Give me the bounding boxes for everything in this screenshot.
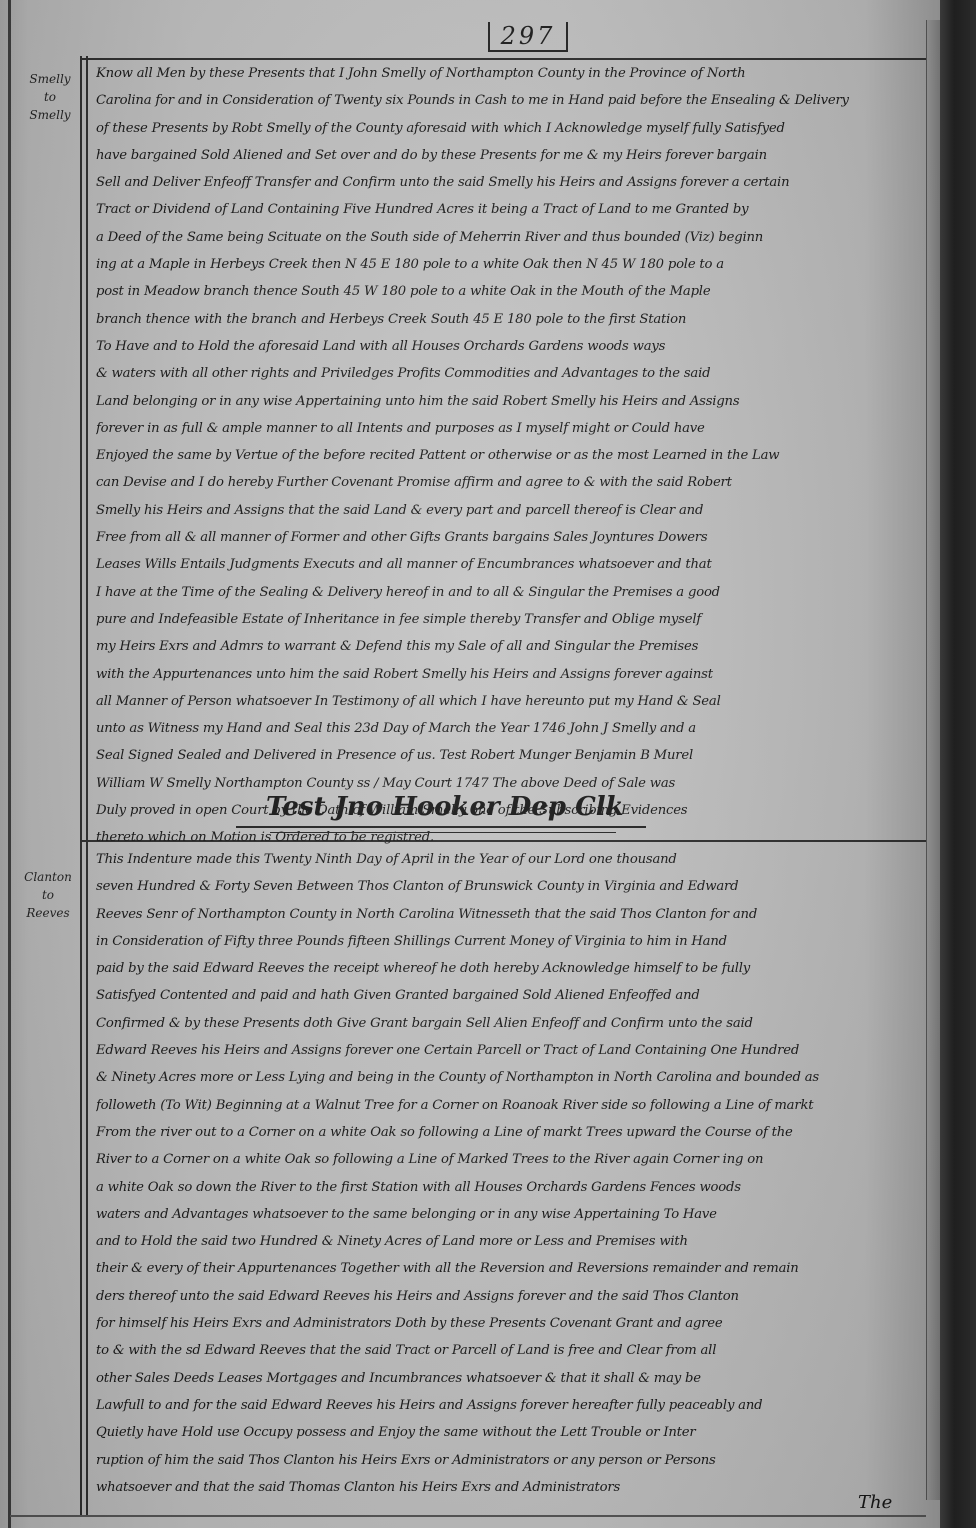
deed-book-page: 297 Smelly to Smelly Know all Men by the… (0, 0, 940, 1528)
deed-2-body: This Indenture made this Twenty Ninth Da… (96, 846, 922, 1501)
deed-line: Carolina for and in Consideration of Twe… (96, 87, 922, 114)
deed-line: ders thereof unto the said Edward Reeves… (96, 1283, 922, 1310)
margin-note-line: to (22, 88, 78, 106)
deed-line: other Sales Deeds Leases Mortgages and I… (96, 1365, 922, 1392)
deed-line: ruption of him the said Thos Clanton his… (96, 1447, 922, 1474)
deed-line: pure and Indefeasible Estate of Inherita… (96, 606, 922, 633)
deed-line: Confirmed & by these Presents doth Give … (96, 1010, 922, 1037)
deed-line: whatsoever and that the said Thomas Clan… (96, 1474, 922, 1501)
deed-line: have bargained Sold Aliened and Set over… (96, 142, 922, 169)
deed-line: Tract or Dividend of Land Containing Fiv… (96, 196, 922, 223)
deed-line: Free from all & all manner of Former and… (96, 524, 922, 551)
deed-line: forever in as full & ample manner to all… (96, 415, 922, 442)
deed-line: seven Hundred & Forty Seven Between Thos… (96, 873, 922, 900)
deed-line: River to a Corner on a white Oak so foll… (96, 1146, 922, 1173)
margin-note-line: Reeves (20, 904, 76, 922)
deed-line: Land belonging or in any wise Appertaini… (96, 388, 922, 415)
deed-line: Leases Wills Entails Judgments Executs a… (96, 551, 922, 578)
deed-line: with the Appurtenances unto him the said… (96, 661, 922, 688)
deed-line: post in Meadow branch thence South 45 W … (96, 278, 922, 305)
attestation-underline (270, 832, 616, 833)
deed-line: Quietly have Hold use Occupy possess and… (96, 1419, 922, 1446)
deed-line: & Ninety Acres more or Less Lying and be… (96, 1064, 922, 1091)
margin-rule (86, 56, 88, 1516)
deed-line: Lawfull to and for the said Edward Reeve… (96, 1392, 922, 1419)
deed-line: for himself his Heirs Exrs and Administr… (96, 1310, 922, 1337)
deed-line: their & every of their Appurtenances Tog… (96, 1255, 922, 1282)
deed-line: ing at a Maple in Herbeys Creek then N 4… (96, 251, 922, 278)
deed-line: waters and Advantages whatsoever to the … (96, 1201, 922, 1228)
deed-1-body: Know all Men by these Presents that I Jo… (96, 60, 922, 852)
deed-line: can Devise and I do hereby Further Coven… (96, 469, 922, 496)
deed-line: and to Hold the said two Hundred & Ninet… (96, 1228, 922, 1255)
deed-line: a Deed of the Same being Scituate on the… (96, 224, 922, 251)
deed-line: Sell and Deliver Enfeoff Transfer and Co… (96, 169, 922, 196)
deed-line: my Heirs Exrs and Admrs to warrant & Def… (96, 633, 922, 660)
margin-note-line: Smelly (22, 70, 78, 88)
page-gutter-edge (926, 20, 941, 1500)
page-left-edge-rule (8, 0, 11, 1528)
deed-line: From the river out to a Corner on a whit… (96, 1119, 922, 1146)
book-binding (940, 0, 976, 1528)
margin-note-line: Clanton (20, 868, 76, 886)
deed-line: of these Presents by Robt Smelly of the … (96, 115, 922, 142)
clerk-attestation: Test Jno Hooker Dep Clk (236, 790, 646, 828)
margin-note-deed-2: Clanton to Reeves (20, 868, 76, 922)
deed-line: Edward Reeves his Heirs and Assigns fore… (96, 1037, 922, 1064)
deed-line: paid by the said Edward Reeves the recei… (96, 955, 922, 982)
deed-line: & waters with all other rights and Privi… (96, 360, 922, 387)
deed-line: Know all Men by these Presents that I Jo… (96, 60, 922, 87)
deed-line: To Have and to Hold the aforesaid Land w… (96, 333, 922, 360)
margin-note-line: Smelly (22, 106, 78, 124)
deed-line: followeth (To Wit) Beginning at a Walnut… (96, 1092, 922, 1119)
deed-line: branch thence with the branch and Herbey… (96, 306, 922, 333)
deed-line: all Manner of Person whatsoever In Testi… (96, 688, 922, 715)
catchword: The (858, 1492, 892, 1513)
deed-line: Satisfyed Contented and paid and hath Gi… (96, 982, 922, 1009)
page-number: 297 (488, 22, 568, 52)
deed-line: to & with the sd Edward Reeves that the … (96, 1337, 922, 1364)
margin-note-line: to (20, 886, 76, 904)
deed-line: Enjoyed the same by Vertue of the before… (96, 442, 922, 469)
margin-note-deed-1: Smelly to Smelly (22, 70, 78, 124)
deed-line: Reeves Senr of Northampton County in Nor… (96, 901, 922, 928)
deed-line: a white Oak so down the River to the fir… (96, 1174, 922, 1201)
bottom-rule (10, 1515, 926, 1517)
deed-line: Smelly his Heirs and Assigns that the sa… (96, 497, 922, 524)
margin-rule (80, 56, 82, 1516)
deed-line: Seal Signed Sealed and Delivered in Pres… (96, 742, 922, 769)
deed-line: in Consideration of Fifty three Pounds f… (96, 928, 922, 955)
deed-line: unto as Witness my Hand and Seal this 23… (96, 715, 922, 742)
deed-line: I have at the Time of the Sealing & Deli… (96, 579, 922, 606)
deed-line: This Indenture made this Twenty Ninth Da… (96, 846, 922, 873)
